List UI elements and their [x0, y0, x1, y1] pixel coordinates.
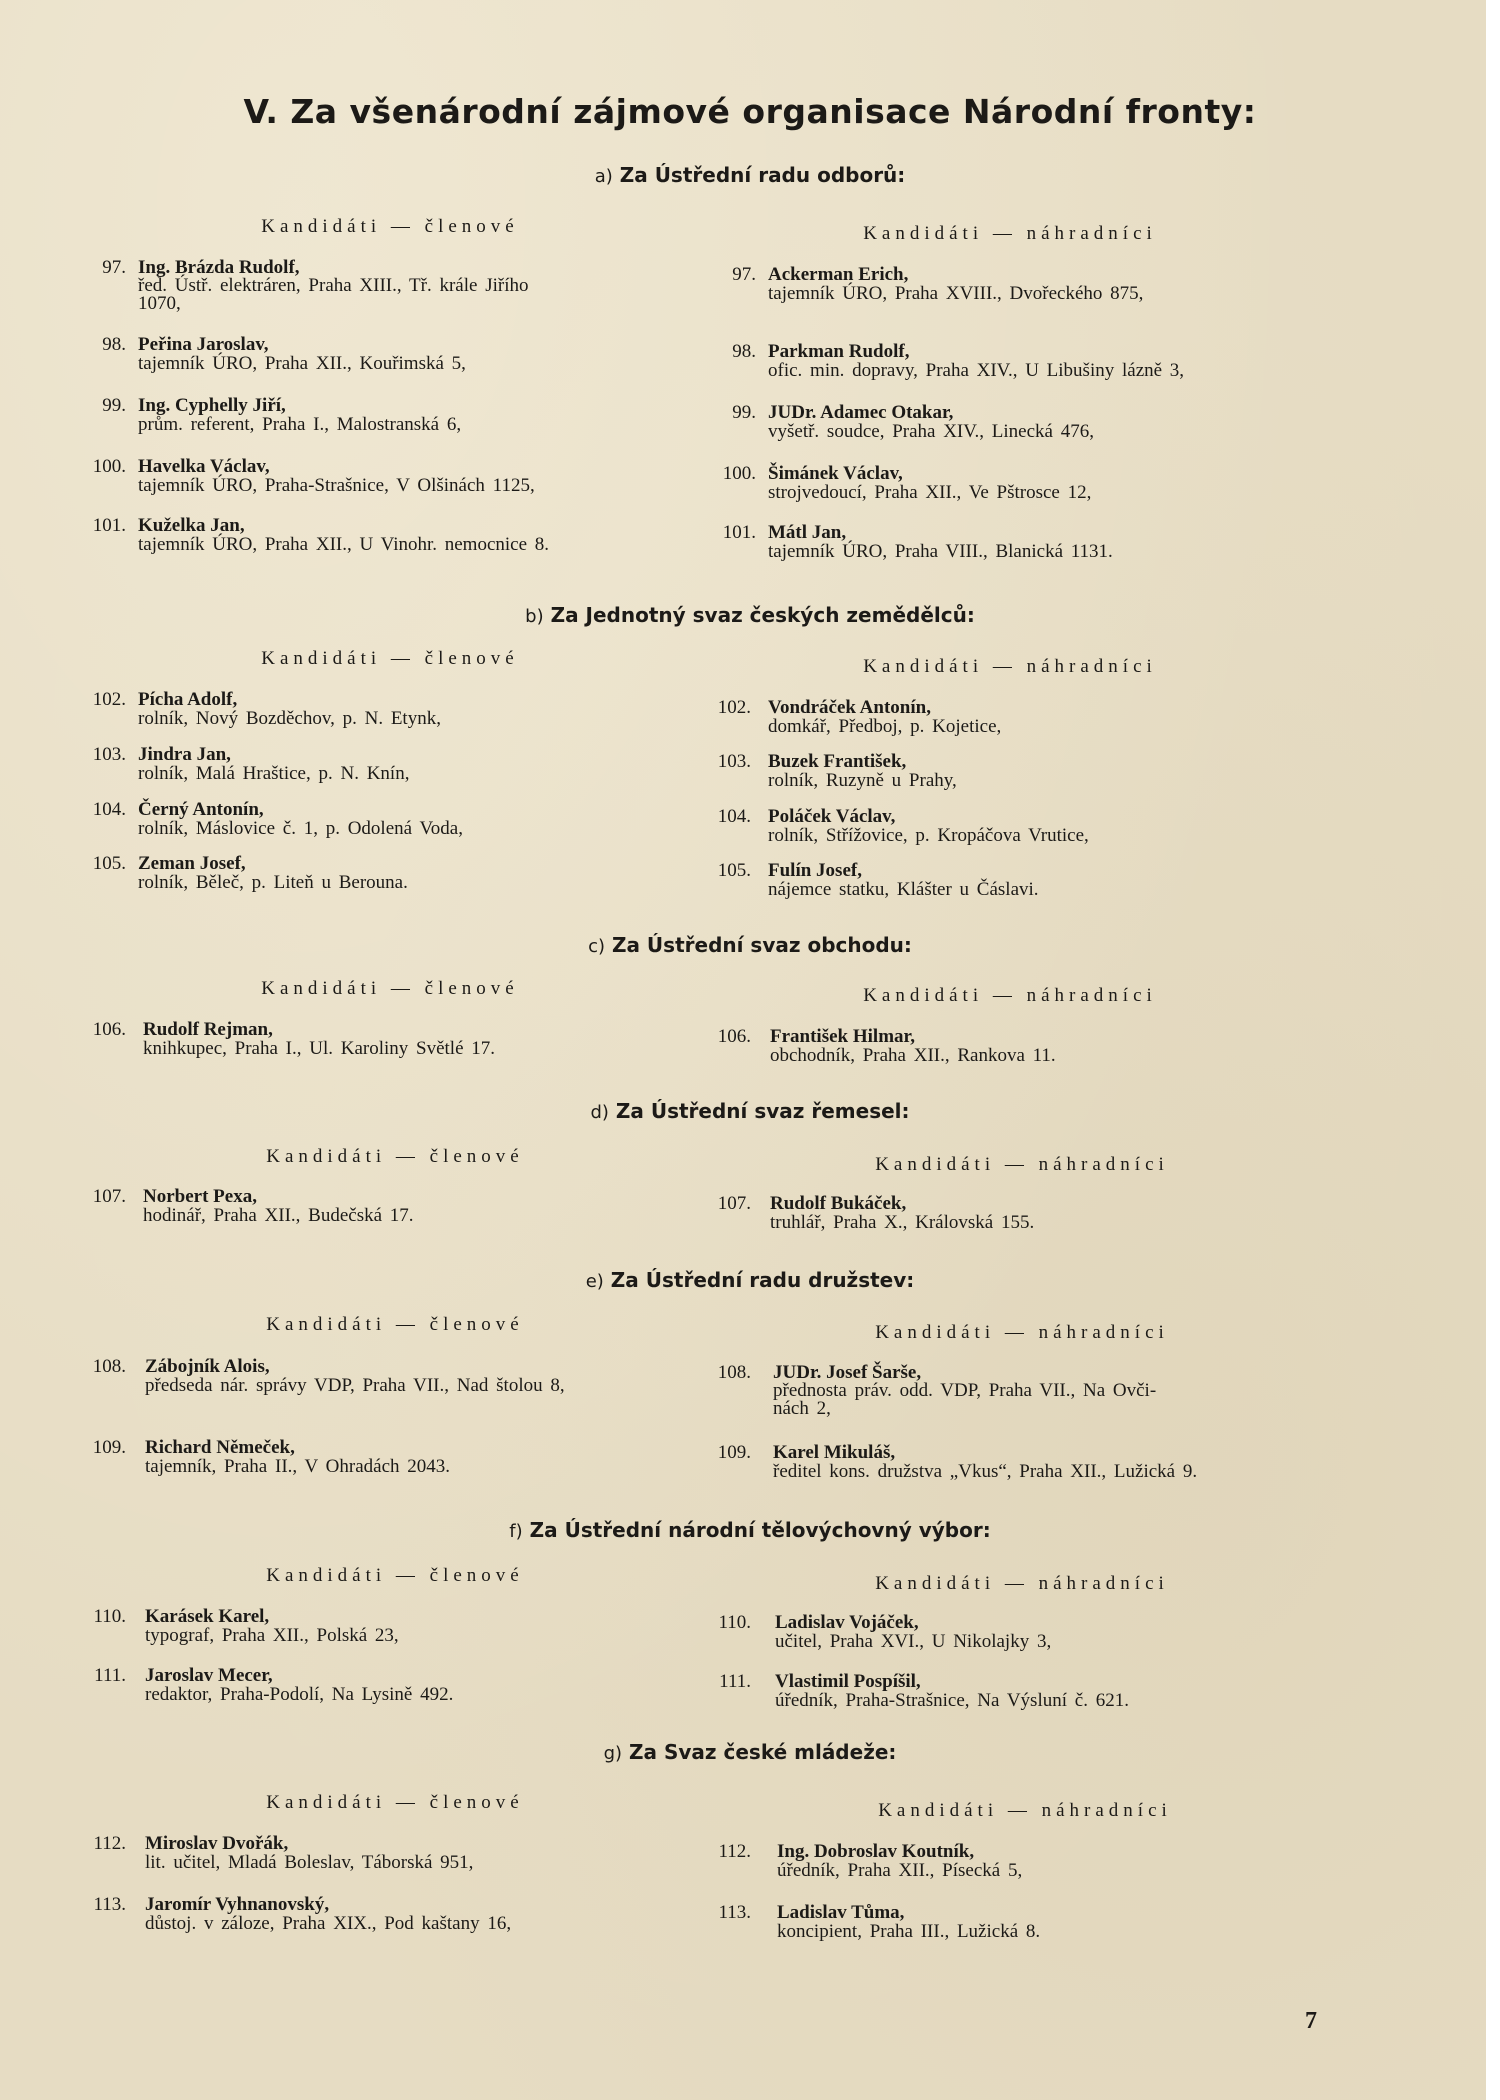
entry-number: 106.	[715, 1027, 751, 1046]
entry-name: JUDr. Adamec Otakar,	[768, 403, 953, 422]
main-title: V. Za všenárodní zájmové organisace Náro…	[0, 92, 1493, 131]
entry-name: Norbert Pexa,	[143, 1187, 257, 1206]
entry-name: Parkman Rudolf,	[768, 342, 909, 361]
entry-description: vyšetř. soudce, Praha XIV., Linecká 476,	[768, 422, 1094, 441]
entry-number: 100.	[720, 464, 756, 483]
entry-number: 98.	[720, 342, 756, 361]
section-letter: a)	[595, 166, 613, 187]
entry-description: prům. referent, Praha I., Malostranská 6…	[138, 415, 461, 434]
entry-number: 108.	[715, 1363, 751, 1382]
entry-description: knihkupec, Praha I., Ul. Karoliny Světlé…	[143, 1039, 495, 1058]
entry-name: Fulín Josef,	[768, 861, 862, 880]
entry-name: Ackerman Erich,	[768, 265, 908, 284]
entry-number: 111.	[90, 1666, 126, 1685]
entry-description: řed. Ústř. elektráren, Praha XIII., Tř. …	[138, 277, 528, 313]
section-letter: f)	[509, 1521, 522, 1542]
section-name: Za Ústřední radu odborů:	[620, 163, 906, 187]
entry-description: tajemník ÚRO, Praha XVIII., Dvořeckého 8…	[768, 284, 1143, 303]
page-number: 7	[1305, 2008, 1317, 2035]
entry-description: tajemník ÚRO, Praha XII., U Vinohr. nemo…	[138, 535, 549, 554]
section-title: d) Za Ústřední svaz řemesel:	[0, 1099, 1493, 1123]
members-heading: Kandidáti — členové	[200, 216, 580, 238]
section-title: f) Za Ústřední národní tělovýchovný výbo…	[0, 1518, 1493, 1542]
entry-description: domkář, Předboj, p. Kojetice,	[768, 717, 1001, 736]
entry-name: Richard Němeček,	[145, 1438, 295, 1457]
entry-name: Kuželka Jan,	[138, 516, 245, 535]
entry-description: rolník, Malá Hraštice, p. N. Knín,	[138, 764, 409, 783]
entry-number: 102.	[90, 690, 126, 709]
entry-number: 113.	[90, 1895, 126, 1914]
page-edge	[1486, 0, 1493, 2100]
entry-number: 112.	[715, 1842, 751, 1861]
entry-description: koncipient, Praha III., Lužická 8.	[777, 1922, 1040, 1941]
members-heading: Kandidáti — členové	[200, 978, 580, 1000]
entry-description: učitel, Praha XVI., U Nikolajky 3,	[775, 1632, 1051, 1651]
entry-number: 109.	[90, 1438, 126, 1457]
entry-name: Pícha Adolf,	[138, 690, 237, 709]
section-name: Za Svaz české mládeže:	[629, 1740, 896, 1764]
entry-description: redaktor, Praha-Podolí, Na Lysině 492.	[145, 1685, 453, 1704]
entry-number: 103.	[90, 745, 126, 764]
entry-name: Karel Mikuláš,	[773, 1443, 895, 1462]
entry-name: Poláček Václav,	[768, 807, 895, 826]
substitutes-heading: Kandidáti — náhradníci	[832, 1154, 1212, 1176]
entry-name: Jindra Jan,	[138, 745, 231, 764]
entry-name: Peřina Jaroslav,	[138, 335, 269, 354]
entry-number: 99.	[90, 396, 126, 415]
document-page: V. Za všenárodní zájmové organisace Náro…	[0, 0, 1493, 2100]
section-letter: g)	[604, 1743, 622, 1764]
entry-description: předseda nár. správy VDP, Praha VII., Na…	[145, 1376, 565, 1395]
members-heading: Kandidáti — členové	[205, 1314, 585, 1336]
entry-description: nájemce statku, Klášter u Čáslavi.	[768, 880, 1039, 899]
substitutes-heading: Kandidáti — náhradníci	[832, 1573, 1212, 1595]
entry-number: 101.	[720, 523, 756, 542]
entry-number: 99.	[720, 403, 756, 422]
section-letter: e)	[586, 1271, 604, 1292]
entry-description: tajemník ÚRO, Praha-Strašnice, V Olšinác…	[138, 476, 535, 495]
entry-description: ředitel kons. družstva „Vkus“, Praha XII…	[773, 1462, 1197, 1481]
substitutes-heading: Kandidáti — náhradníci	[820, 223, 1200, 245]
entry-number: 109.	[715, 1443, 751, 1462]
entry-description: typograf, Praha XII., Polská 23,	[145, 1626, 399, 1645]
entry-name: Černý Antonín,	[138, 800, 264, 819]
entry-number: 97.	[90, 258, 126, 277]
section-name: Za Ústřední národní tělovýchovný výbor:	[530, 1518, 991, 1542]
entry-description: tajemník, Praha II., V Ohradách 2043.	[145, 1457, 450, 1476]
entry-name: Vlastimil Pospíšil,	[775, 1672, 921, 1691]
entry-description: úředník, Praha XII., Písecká 5,	[777, 1861, 1022, 1880]
entry-number: 111.	[715, 1672, 751, 1691]
section-title: e) Za Ústřední radu družstev:	[0, 1268, 1493, 1292]
entry-number: 110.	[90, 1607, 126, 1626]
section-title: b) Za Jednotný svaz českých zemědělců:	[0, 603, 1493, 627]
entry-name: Jaromír Vyhnanovský,	[145, 1895, 329, 1914]
section-letter: d)	[590, 1102, 608, 1123]
entry-number: 98.	[90, 335, 126, 354]
entry-number: 105.	[90, 854, 126, 873]
entry-description: přednosta práv. odd. VDP, Praha VII., Na…	[773, 1382, 1156, 1418]
entry-name: Vondráček Antonín,	[768, 698, 931, 717]
substitutes-heading: Kandidáti — náhradníci	[832, 1322, 1212, 1344]
entry-description: rolník, Ruzyně u Prahy,	[768, 771, 957, 790]
substitutes-heading: Kandidáti — náhradníci	[835, 1800, 1215, 1822]
entry-description: ofic. min. dopravy, Praha XIV., U Libuši…	[768, 361, 1184, 380]
entry-description: tajemník ÚRO, Praha XII., Kouřimská 5,	[138, 354, 466, 373]
section-letter: c)	[588, 936, 605, 957]
entry-number: 97.	[720, 265, 756, 284]
entry-name: Jaroslav Mecer,	[145, 1666, 273, 1685]
entry-description: rolník, Máslovice č. 1, p. Odolená Voda,	[138, 819, 463, 838]
entry-name: Miroslav Dvořák,	[145, 1834, 288, 1853]
entry-number: 113.	[715, 1903, 751, 1922]
section-title: a) Za Ústřední radu odborů:	[0, 163, 1493, 187]
entry-name: Buzek František,	[768, 752, 906, 771]
entry-description: rolník, Nový Bozděchov, p. N. Etynk,	[138, 709, 441, 728]
entry-number: 106.	[90, 1020, 126, 1039]
entry-name: Zábojník Alois,	[145, 1357, 270, 1376]
entry-name: Rudolf Rejman,	[143, 1020, 273, 1039]
entry-name: Ladislav Vojáček,	[775, 1613, 919, 1632]
entry-description: důstoj. v záloze, Praha XIX., Pod kaštan…	[145, 1914, 511, 1933]
entry-description: tajemník ÚRO, Praha VIII., Blanická 1131…	[768, 542, 1113, 561]
section-name: Za Ústřední svaz obchodu:	[612, 933, 912, 957]
section-title: g) Za Svaz české mládeže:	[0, 1740, 1493, 1764]
entry-name: František Hilmar,	[770, 1027, 915, 1046]
entry-name: Rudolf Bukáček,	[770, 1194, 906, 1213]
entry-name: Havelka Václav,	[138, 457, 270, 476]
entry-number: 100.	[90, 457, 126, 476]
entry-number: 112.	[90, 1834, 126, 1853]
section-title: c) Za Ústřední svaz obchodu:	[0, 933, 1493, 957]
entry-description: truhlář, Praha X., Královská 155.	[770, 1213, 1034, 1232]
entry-name: Ing. Dobroslav Koutník,	[777, 1842, 974, 1861]
entry-description: hodinář, Praha XII., Budečská 17.	[143, 1206, 414, 1225]
entry-name: Ing. Cyphelly Jiří,	[138, 396, 286, 415]
section-name: Za Ústřední svaz řemesel:	[616, 1099, 910, 1123]
section-name: Za Ústřední radu družstev:	[611, 1268, 914, 1292]
section-letter: b)	[525, 606, 543, 627]
entry-name: Šimánek Václav,	[768, 464, 903, 483]
members-heading: Kandidáti — členové	[205, 1146, 585, 1168]
entry-number: 103.	[715, 752, 751, 771]
entry-description: úředník, Praha-Strašnice, Na Výsluní č. …	[775, 1691, 1129, 1710]
entry-number: 107.	[715, 1194, 751, 1213]
entry-number: 110.	[715, 1613, 751, 1632]
entry-number: 104.	[90, 800, 126, 819]
entry-name: Karásek Karel,	[145, 1607, 269, 1626]
members-heading: Kandidáti — členové	[205, 1565, 585, 1587]
entry-description: rolník, Běleč, p. Liteň u Berouna.	[138, 873, 408, 892]
entry-number: 108.	[90, 1357, 126, 1376]
members-heading: Kandidáti — členové	[205, 1792, 585, 1814]
members-heading: Kandidáti — členové	[200, 648, 580, 670]
entry-number: 105.	[715, 861, 751, 880]
entry-description: obchodník, Praha XII., Rankova 11.	[770, 1046, 1056, 1065]
entry-number: 107.	[90, 1187, 126, 1206]
substitutes-heading: Kandidáti — náhradníci	[820, 656, 1200, 678]
section-name: Za Jednotný svaz českých zemědělců:	[551, 603, 975, 627]
entry-number: 104.	[715, 807, 751, 826]
entry-name: Ladislav Tůma,	[777, 1903, 904, 1922]
entry-name: Zeman Josef,	[138, 854, 246, 873]
entry-number: 102.	[715, 698, 751, 717]
entry-description: rolník, Střížovice, p. Kropáčova Vrutice…	[768, 826, 1089, 845]
entry-description: strojvedoucí, Praha XII., Ve Pštrosce 12…	[768, 483, 1091, 502]
entry-name: Mátl Jan,	[768, 523, 846, 542]
entry-description: lit. učitel, Mladá Boleslav, Táborská 95…	[145, 1853, 473, 1872]
entry-number: 101.	[90, 516, 126, 535]
substitutes-heading: Kandidáti — náhradníci	[820, 985, 1200, 1007]
